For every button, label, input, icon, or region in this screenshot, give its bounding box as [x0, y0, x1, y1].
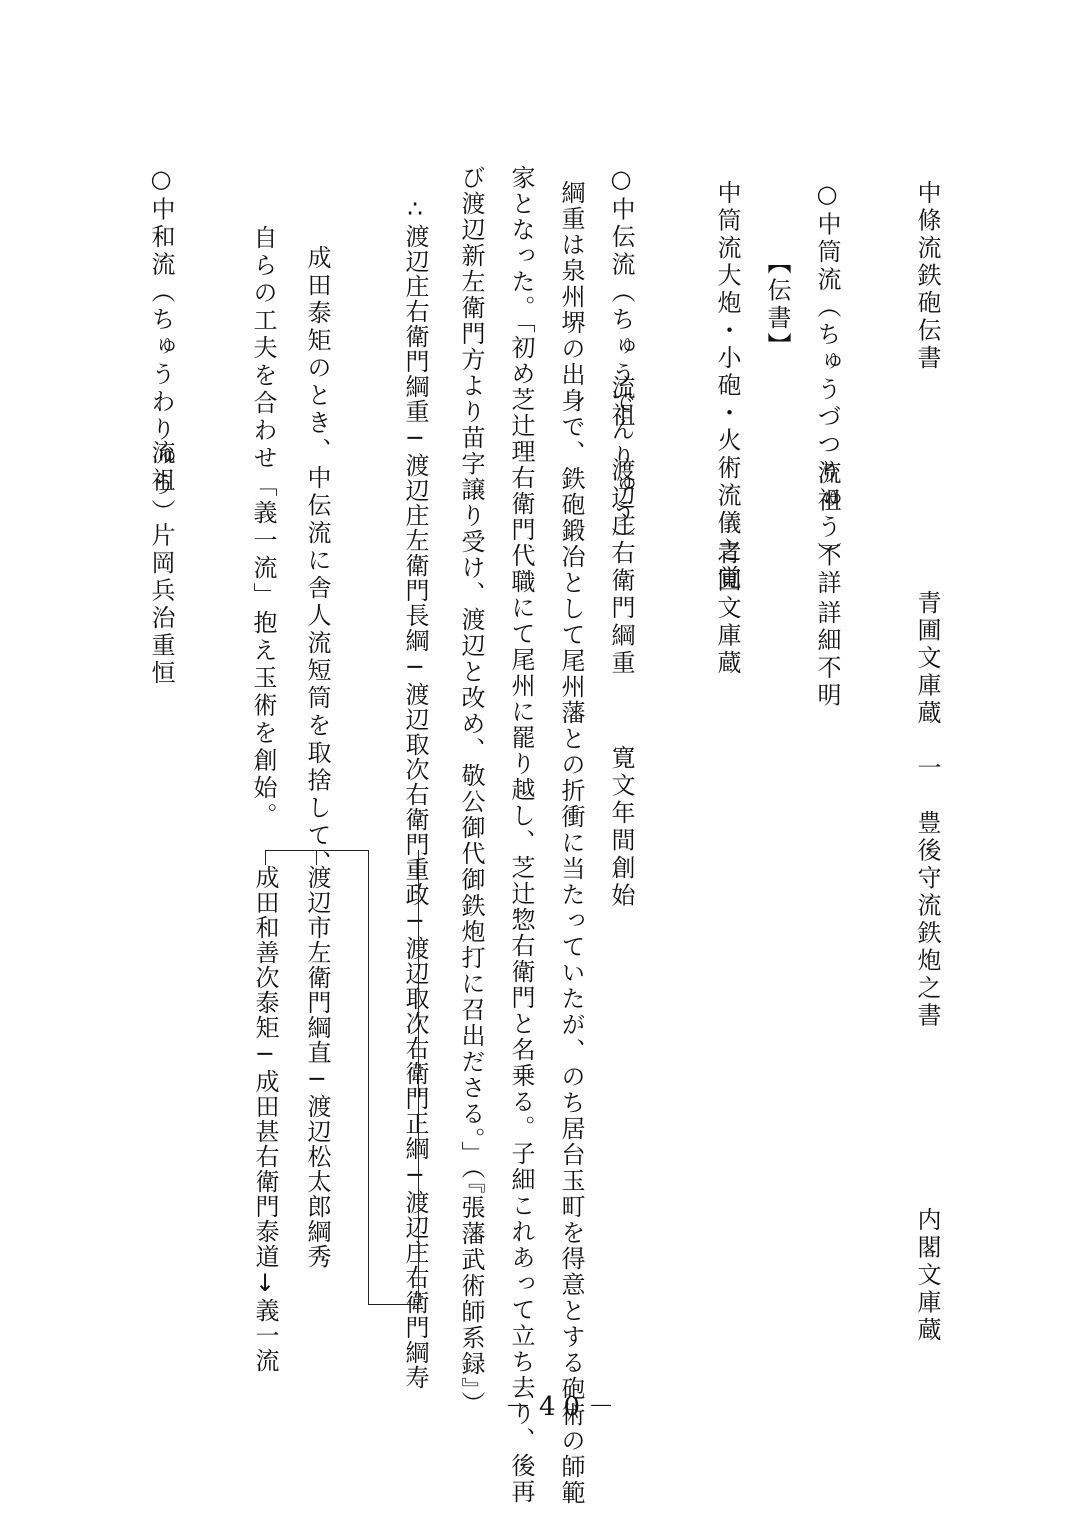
section-label-densho: 【伝書】 — [762, 250, 792, 360]
source-note: 青圃文庫蔵 一 豊後守流鉄炮之書 — [912, 590, 942, 1030]
era-chuden: 寛文年間創始 — [606, 745, 636, 910]
founder-chuwa: 流祖 片岡兵治重恒 — [146, 440, 176, 688]
bracket-bottom — [368, 1304, 419, 1305]
document-archive: 青圃文庫蔵 — [712, 540, 742, 678]
founder-chuden: 流祖 渡辺庄右衛門綱重 — [606, 375, 636, 678]
lineage-chuden: ∴渡辺庄右衛門綱重─渡辺庄左衛門長綱─渡辺取次右衛門重政─渡辺取次右衛門正綱─渡… — [400, 195, 430, 1390]
branch-tick-2 — [265, 850, 266, 865]
bracket-left-vertical — [368, 850, 369, 1305]
lineage-branch-narita: 成田和善次泰矩─成田甚右衛門泰道↓義一流 — [250, 865, 280, 1373]
note-line-2: 自らの工夫を合わせ「義一流」抱え玉術を創始。 — [248, 225, 278, 830]
body-text-line-3: び渡辺新左衛門方より苗字譲り受け、渡辺と改め、敬公御代御鉄炮打に召出ださる。」（… — [456, 165, 486, 1417]
detail-chuzutsu: 詳細不明 — [812, 600, 842, 710]
source-archive: 内閣文庫蔵 — [912, 1207, 942, 1345]
document-title: 中筒流大炮・小砲・火術流儀之覚 — [712, 180, 742, 593]
running-title: 中條流鉄砲伝書 — [912, 180, 942, 373]
founder-chuzutsu: 流祖 不詳 — [812, 460, 842, 598]
body-text-line-1: 綱重は泉州堺の出身で、鉄砲鍛冶として尾州藩との折衝に当たっていたが、のち居台玉町… — [556, 180, 586, 1506]
lineage-branch-watanabe: 渡辺市左衛門綱直─渡辺松太郎綱秀 — [302, 865, 332, 1269]
body-text-line-2: 家となった。「初め芝辻理右衛門代職にて尾州に罷り越し、芝辻惣右衛門と名乗る。子細… — [506, 165, 536, 1505]
note-line-1: 成田泰矩のとき、中伝流に舎人流短筒を取捨して、 — [302, 245, 332, 878]
page-number: －40－ — [505, 1386, 622, 1423]
bracket-right-vertical — [418, 850, 419, 1305]
